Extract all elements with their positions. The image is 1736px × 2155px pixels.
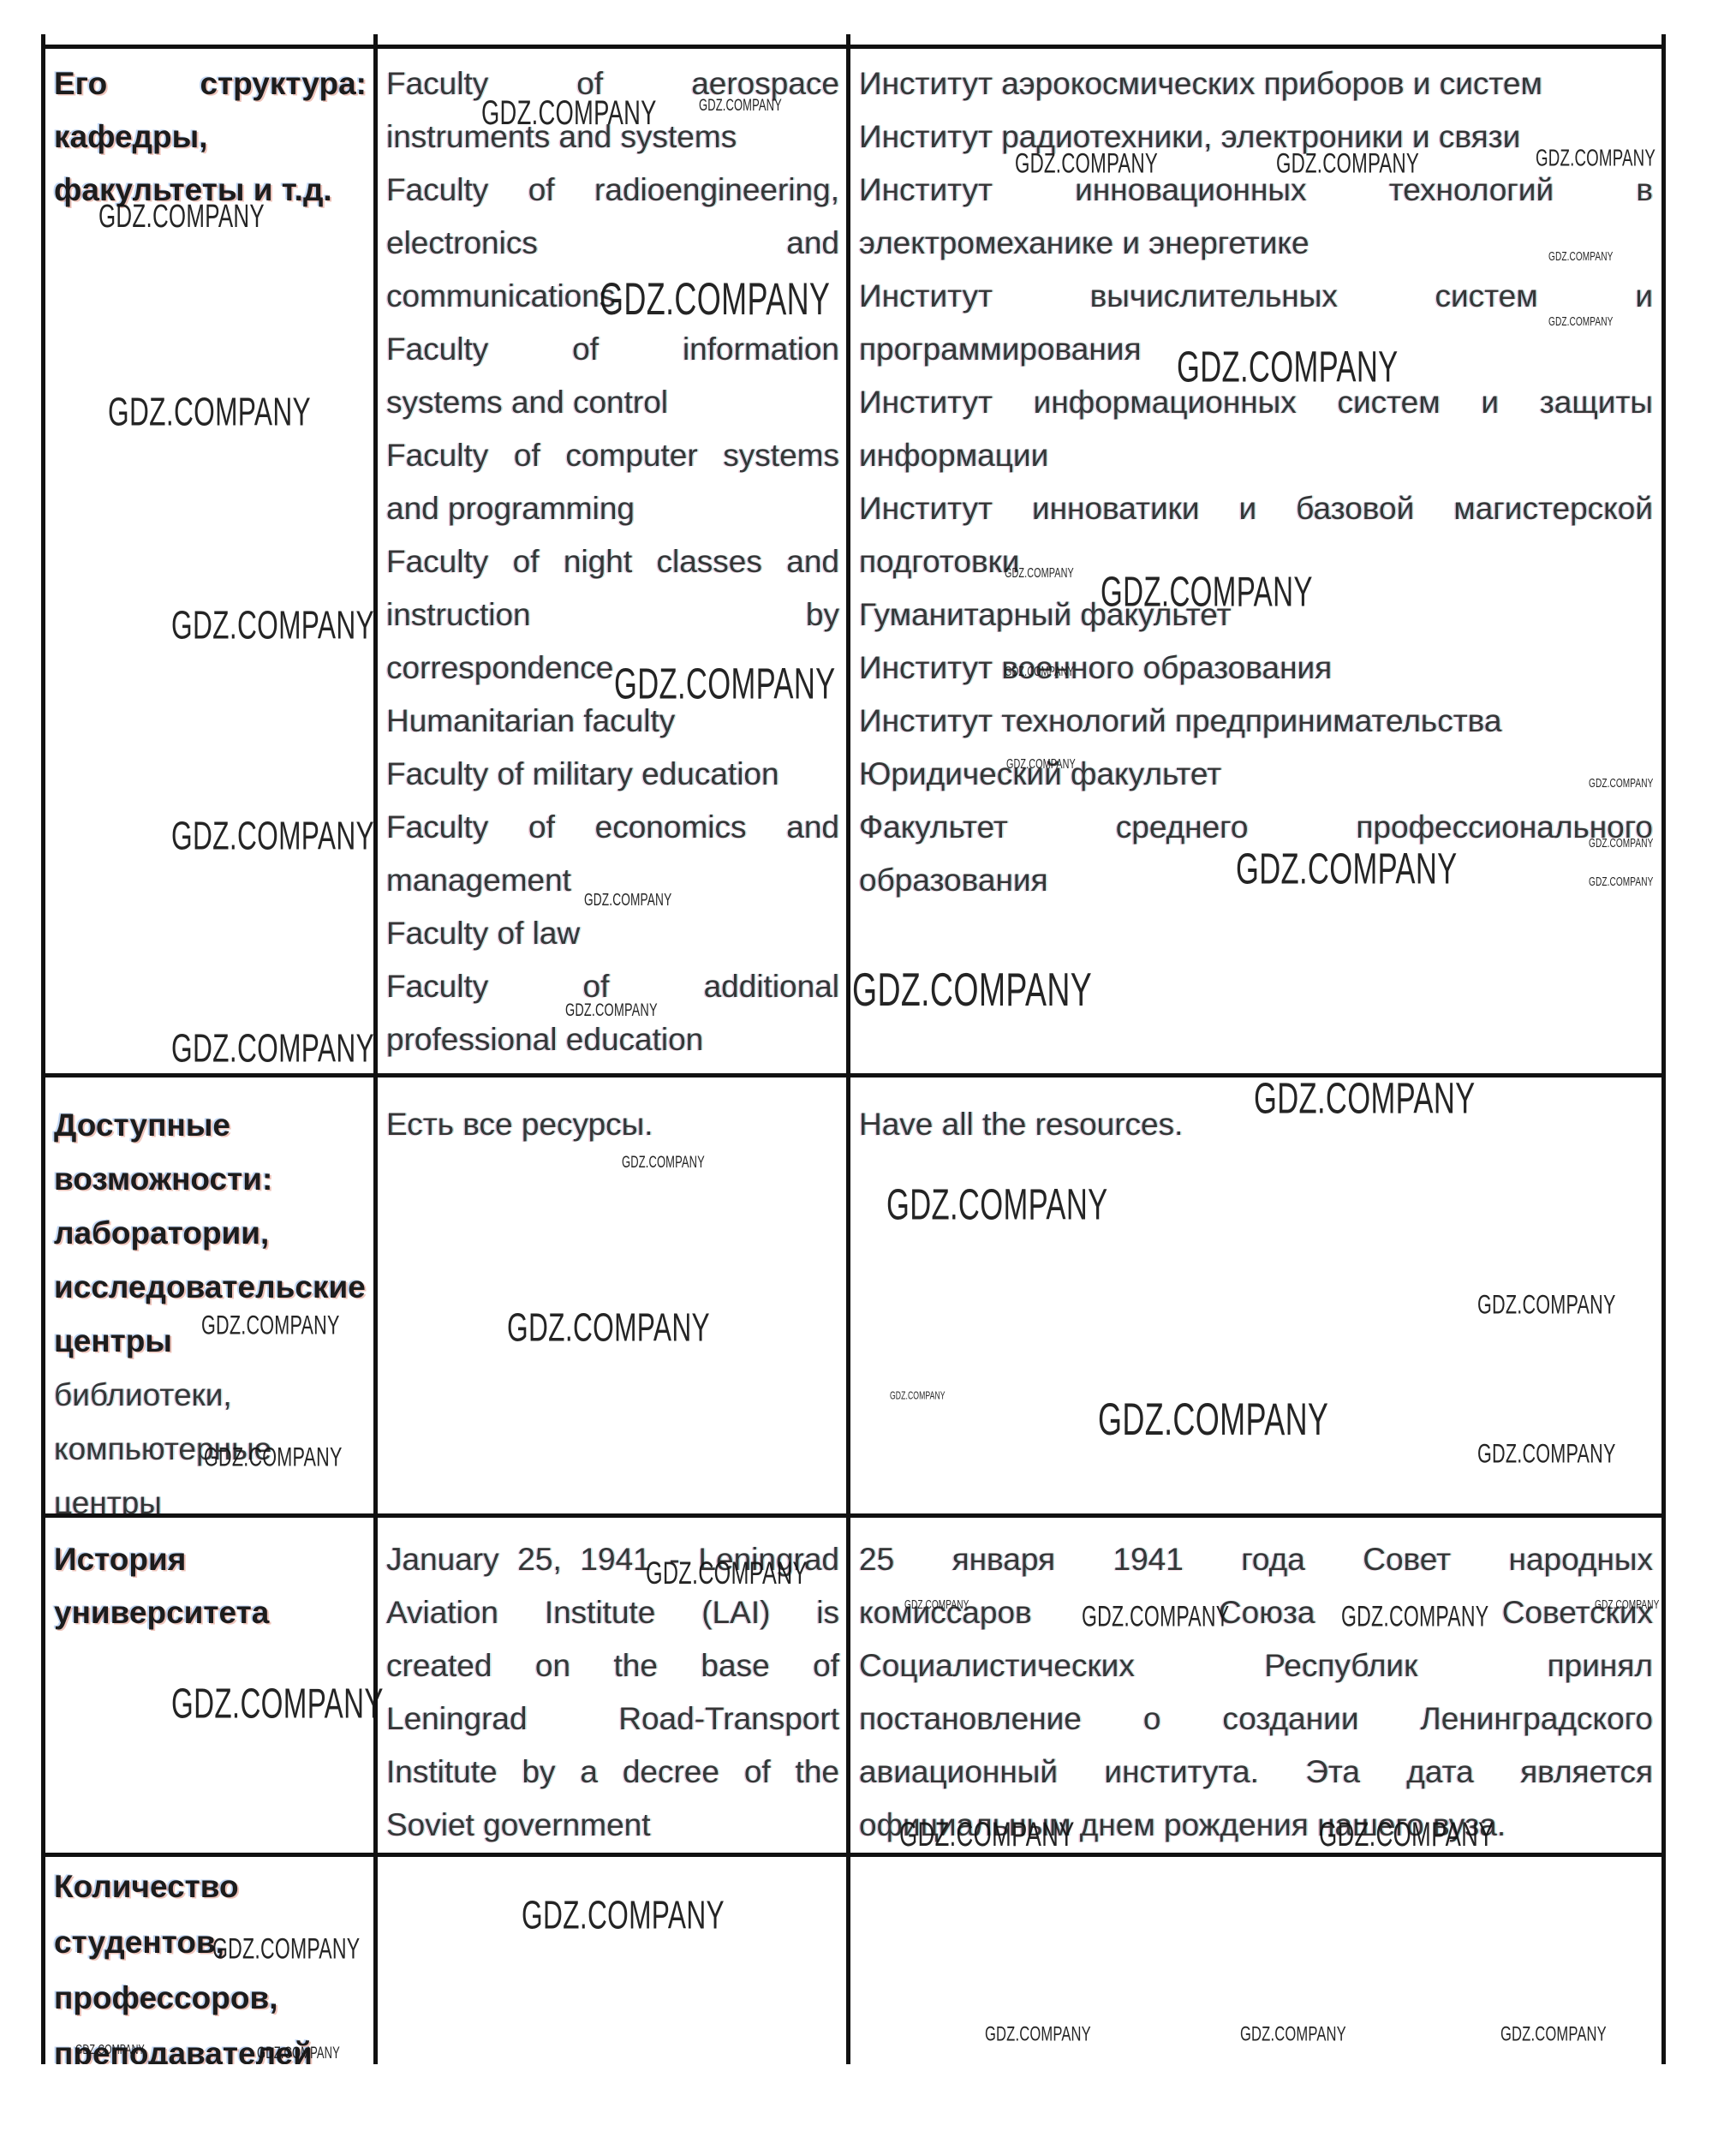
watermark-text: GDZ.COMPANY <box>1477 1290 1616 1321</box>
watermark-text: GDZ.COMPANY <box>622 1153 705 1172</box>
watermark-text: GDZ.COMPANY <box>1595 1597 1659 1611</box>
watermark-text: GDZ.COMPANY <box>1236 845 1458 894</box>
watermark-text: GDZ.COMPANY <box>171 814 374 859</box>
watermark-text: GDZ.COMPANY <box>1254 1074 1476 1124</box>
watermark-text: GDZ.COMPANY <box>212 1932 360 1966</box>
watermark-text: GDZ.COMPANY <box>171 1026 374 1072</box>
scanned-document-page: Его структура:кафедры,факультеты и т.д. … <box>0 0 1736 2155</box>
watermark-text: GDZ.COMPANY <box>699 96 782 115</box>
watermark-text: GDZ.COMPANY <box>1101 567 1313 616</box>
watermark-text: GDZ.COMPANY <box>1341 1600 1488 1633</box>
watermark-text: GDZ.COMPANY <box>1098 1393 1328 1445</box>
watermark-text: GDZ.COMPANY <box>171 603 374 648</box>
watermark-text: GDZ.COMPANY <box>171 1679 384 1728</box>
watermark-text: GDZ.COMPANY <box>1240 2021 1346 2046</box>
watermark-text: GDZ.COMPANY <box>600 272 830 325</box>
watermark-text: GDZ.COMPANY <box>507 1305 710 1351</box>
watermark-text: GDZ.COMPANY <box>522 1893 725 1938</box>
watermark-text: GDZ.COMPANY <box>1477 1439 1616 1470</box>
watermark-text: GDZ.COMPANY <box>1005 664 1074 679</box>
watermark-text: GDZ.COMPANY <box>1589 874 1653 888</box>
watermark-text: GDZ.COMPANY <box>204 1442 343 1473</box>
watermark-text: GDZ.COMPANY <box>1589 775 1653 790</box>
watermark-text: GDZ.COMPANY <box>852 963 1092 1018</box>
watermark-text: GDZ.COMPANY <box>614 660 836 709</box>
watermark-text: GDZ.COMPANY <box>1177 343 1399 392</box>
watermark-text: GDZ.COMPANY <box>257 2044 340 2062</box>
watermark-text: GDZ.COMPANY <box>899 1816 1075 1855</box>
watermark-text: GDZ.COMPANY <box>108 390 311 435</box>
watermark-text: GDZ.COMPANY <box>1548 248 1613 263</box>
watermark-text: GDZ.COMPANY <box>1548 313 1613 328</box>
watermark-text: GDZ.COMPANY <box>886 1180 1108 1230</box>
watermark-text: GDZ.COMPANY <box>985 2021 1091 2046</box>
watermark-text: GDZ.COMPANY <box>1276 147 1419 180</box>
watermark-text: GDZ.COMPANY <box>584 891 671 910</box>
watermark-text: GDZ.COMPANY <box>904 1597 969 1611</box>
watermark-text: GDZ.COMPANY <box>201 1310 340 1341</box>
watermark-text: GDZ.COMPANY <box>1589 835 1653 850</box>
watermark-text: GDZ.COMPANY <box>75 2042 145 2057</box>
watermark-text: GDZ.COMPANY <box>481 94 657 134</box>
watermark-text: GDZ.COMPANY <box>1536 144 1655 172</box>
watermark-text: GDZ.COMPANY <box>565 1000 658 1021</box>
watermark-text: GDZ.COMPANY <box>1015 147 1158 180</box>
watermark-text: GDZ.COMPANY <box>1005 565 1074 581</box>
watermark-text: GDZ.COMPANY <box>1006 756 1076 772</box>
watermark-text: GDZ.COMPANY <box>1319 1816 1494 1855</box>
watermark-text: GDZ.COMPANY <box>890 1389 946 1402</box>
watermark-text: GDZ.COMPANY <box>646 1555 808 1591</box>
watermark-text: GDZ.COMPANY <box>98 197 265 236</box>
watermark-text: GDZ.COMPANY <box>1500 2021 1607 2046</box>
watermark-layer: GDZ.COMPANYGDZ.COMPANYGDZ.COMPANYGDZ.COM… <box>0 0 1736 2155</box>
watermark-text: GDZ.COMPANY <box>1082 1600 1229 1633</box>
